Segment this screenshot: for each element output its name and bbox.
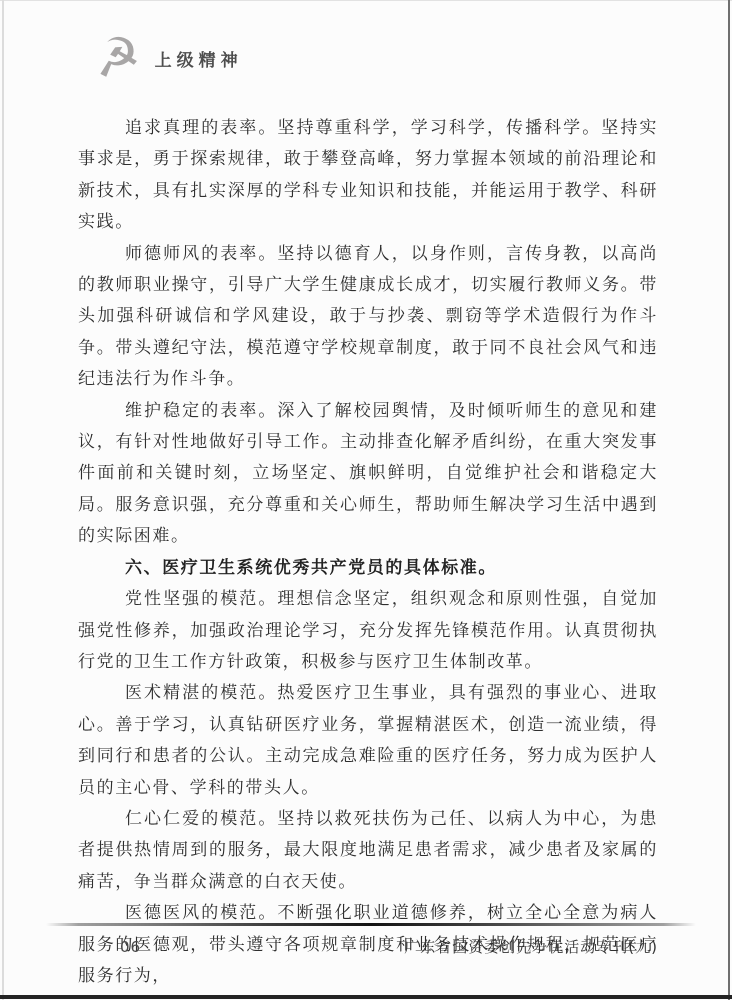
body-paragraph: 医术精湛的模范。热爱医疗卫生事业，具有强烈的事业心、进取心。善于学习，认真钻研医… <box>78 678 658 804</box>
body-paragraph: 六、医疗卫生系统优秀共产党员的具体标准。 <box>78 553 658 584</box>
scanned-document-page: ☭ 上级精神 追求真理的表率。坚持尊重科学，学习科学，传播科学。坚持实事求是，勇… <box>0 0 732 1000</box>
body-paragraph: 维护稳定的表率。深入了解校园舆情，及时倾听师生的意见和建议，有针对性地做好引导工… <box>78 396 658 553</box>
page-scan-edge-left <box>2 0 4 1000</box>
body-paragraph: 党性坚强的模范。理想信念坚定，组织观念和原则性强，自觉加强党性修养，加强政治理论… <box>78 584 658 678</box>
page-footer: 06 广东省国资委创先争优活动专刊(九) <box>78 936 658 957</box>
page-scan-edge-right <box>728 0 730 1000</box>
party-emblem-icon: ☭ <box>90 25 145 91</box>
body-paragraph: 仁心仁爱的模范。坚持以救死扶伤为己任、以病人为中心，为患者提供热情周到的服务，最… <box>78 804 658 898</box>
footer-divider <box>46 923 696 926</box>
page-scan-edge-top <box>0 0 732 1</box>
document-body: 追求真理的表率。坚持尊重科学，学习科学，传播科学。坚持实事求是，勇于探索规律，敢… <box>78 113 658 992</box>
section-title: 上级精神 <box>155 46 243 71</box>
page-number: 06 <box>120 938 141 956</box>
page-header: ☭ 上级精神 <box>94 28 243 88</box>
page-scan-edge-bottom <box>0 995 732 999</box>
footer-publication-title: 广东省国资委创先争优活动专刊(九) <box>404 936 658 957</box>
body-paragraph: 师德师风的表率。坚持以德育人，以身作则，言传身教，以高尚的教师职业操守，引导广大… <box>78 239 658 396</box>
body-paragraph: 追求真理的表率。坚持尊重科学，学习科学，传播科学。坚持实事求是，勇于探索规律，敢… <box>78 113 658 239</box>
